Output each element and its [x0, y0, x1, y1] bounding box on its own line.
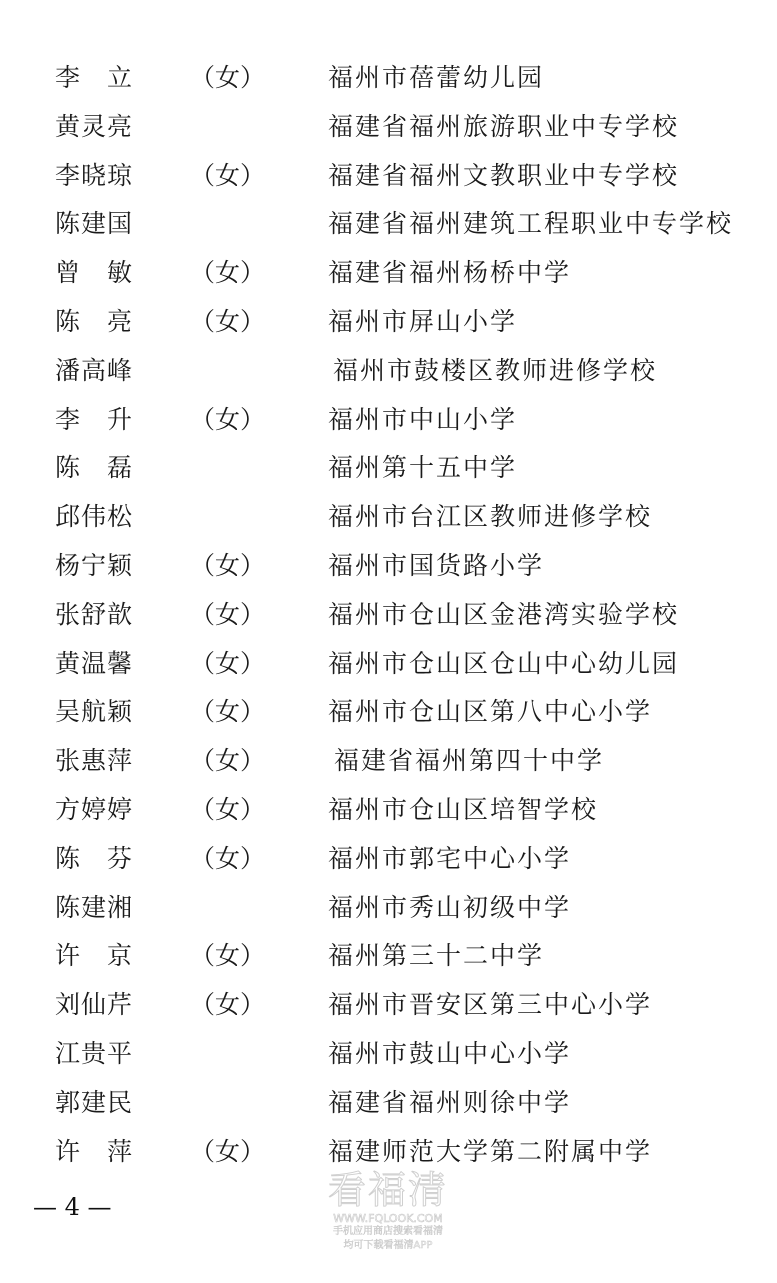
person-name: 许 京 — [55, 936, 133, 972]
list-item: 许 萍（女）福建师范大学第二附属中学 — [0, 1126, 777, 1175]
person-name: 李 升 — [55, 400, 133, 436]
person-name: 许 萍 — [55, 1132, 133, 1168]
school-name: 福建省福州则徐中学 — [328, 1083, 571, 1119]
list-item: 黄灵亮福建省福州旅游职业中专学校 — [0, 101, 777, 150]
person-name: 李 立 — [55, 58, 133, 94]
school-name: 福建省福州第四十中学 — [334, 741, 604, 777]
school-name: 福州市仓山区金港湾实验学校 — [328, 595, 679, 631]
person-name: 陈建国 — [55, 204, 133, 240]
gender-note: （女） — [190, 302, 265, 338]
person-name: 黄灵亮 — [55, 107, 133, 143]
gender-note: （女） — [190, 400, 265, 436]
list-item: 曾 敏（女）福建省福州杨桥中学 — [0, 247, 777, 296]
gender-note: （女） — [190, 741, 265, 777]
gender-note: （女） — [190, 936, 265, 972]
list-item: 陈建湘福州市秀山初级中学 — [0, 882, 777, 931]
gender-note: （女） — [190, 546, 265, 582]
person-name: 陈 芬 — [55, 839, 133, 875]
person-name: 杨宁颖 — [55, 546, 133, 582]
person-name: 陈 亮 — [55, 302, 133, 338]
list-item: 陈建国福建省福州建筑工程职业中专学校 — [0, 198, 777, 247]
list-item: 李 立（女）福州市蓓蕾幼儿园 — [0, 52, 777, 101]
gender-note: （女） — [190, 790, 265, 826]
list-item: 刘仙芹（女）福州市晋安区第三中心小学 — [0, 979, 777, 1028]
gender-note: （女） — [190, 985, 265, 1021]
school-name: 福州市鼓楼区教师进修学校 — [333, 351, 657, 387]
school-name: 福州第十五中学 — [328, 448, 517, 484]
watermark: 看福清 WWW.FQLOOK.COM 手机应用商店搜索看福清 均可下载看福清AP… — [318, 1168, 458, 1253]
name-list: 李 立（女）福州市蓓蕾幼儿园 黄灵亮福建省福州旅游职业中专学校 李晓琼（女）福建… — [0, 52, 777, 1174]
person-name: 黄温馨 — [55, 644, 133, 680]
watermark-url: WWW.FQLOOK.COM — [318, 1212, 458, 1225]
list-item: 李晓琼（女）福建省福州文教职业中专学校 — [0, 150, 777, 199]
watermark-line-2: 均可下载看福清APP — [318, 1239, 458, 1253]
school-name: 福建省福州建筑工程职业中专学校 — [328, 204, 733, 240]
person-name: 潘高峰 — [55, 351, 133, 387]
school-name: 福州市晋安区第三中心小学 — [328, 985, 652, 1021]
gender-note: （女） — [190, 58, 265, 94]
list-item: 郭建民福建省福州则徐中学 — [0, 1077, 777, 1126]
person-name: 曾 敏 — [55, 253, 133, 289]
school-name: 福建省福州杨桥中学 — [328, 253, 571, 289]
gender-note: （女） — [190, 692, 265, 728]
list-item: 陈 亮（女）福州市屏山小学 — [0, 296, 777, 345]
school-name: 福州市台江区教师进修学校 — [328, 497, 652, 533]
person-name: 吴航颖 — [55, 692, 133, 728]
list-item: 陈 芬（女）福州市郭宅中心小学 — [0, 833, 777, 882]
page-number: — 4 — — [33, 1193, 112, 1221]
list-item: 黄温馨（女）福州市仓山区仓山中心幼儿园 — [0, 638, 777, 687]
gender-note: （女） — [190, 839, 265, 875]
school-name: 福州市鼓山中心小学 — [328, 1034, 571, 1070]
person-name: 郭建民 — [55, 1083, 133, 1119]
person-name: 陈 磊 — [55, 448, 133, 484]
list-item: 吴航颖（女）福州市仓山区第八中心小学 — [0, 686, 777, 735]
list-item: 潘高峰福州市鼓楼区教师进修学校 — [0, 345, 777, 394]
list-item: 陈 磊福州第十五中学 — [0, 442, 777, 491]
school-name: 福建省福州旅游职业中专学校 — [328, 107, 679, 143]
school-name: 福州市蓓蕾幼儿园 — [328, 58, 544, 94]
list-item: 张舒歆（女）福州市仓山区金港湾实验学校 — [0, 589, 777, 638]
person-name: 江贵平 — [55, 1034, 133, 1070]
school-name: 福州市仓山区仓山中心幼儿园 — [328, 644, 679, 680]
person-name: 邱伟松 — [55, 497, 133, 533]
gender-note: （女） — [190, 156, 265, 192]
school-name: 福建省福州文教职业中专学校 — [328, 156, 679, 192]
school-name: 福州市国货路小学 — [328, 546, 544, 582]
school-name: 福州市秀山初级中学 — [328, 888, 571, 924]
school-name: 福州市仓山区第八中心小学 — [328, 692, 652, 728]
gender-note: （女） — [190, 644, 265, 680]
person-name: 方婷婷 — [55, 790, 133, 826]
list-item: 许 京（女）福州第三十二中学 — [0, 930, 777, 979]
school-name: 福州市中山小学 — [328, 400, 517, 436]
person-name: 张惠萍 — [55, 741, 133, 777]
list-item: 方婷婷（女）福州市仓山区培智学校 — [0, 784, 777, 833]
list-item: 张惠萍（女）福建省福州第四十中学 — [0, 735, 777, 784]
list-item: 邱伟松福州市台江区教师进修学校 — [0, 491, 777, 540]
person-name: 刘仙芹 — [55, 985, 133, 1021]
watermark-logo: 看福清 — [318, 1168, 458, 1212]
gender-note: （女） — [190, 1132, 265, 1168]
watermark-line-1: 手机应用商店搜索看福清 — [318, 1225, 458, 1239]
school-name: 福州市仓山区培智学校 — [328, 790, 598, 826]
person-name: 张舒歆 — [55, 595, 133, 631]
list-item: 杨宁颖（女）福州市国货路小学 — [0, 540, 777, 589]
school-name: 福州第三十二中学 — [328, 936, 544, 972]
school-name: 福州市屏山小学 — [328, 302, 517, 338]
school-name: 福建师范大学第二附属中学 — [328, 1132, 652, 1168]
list-item: 江贵平福州市鼓山中心小学 — [0, 1028, 777, 1077]
person-name: 陈建湘 — [55, 888, 133, 924]
school-name: 福州市郭宅中心小学 — [328, 839, 571, 875]
gender-note: （女） — [190, 595, 265, 631]
gender-note: （女） — [190, 253, 265, 289]
person-name: 李晓琼 — [55, 156, 133, 192]
list-item: 李 升（女）福州市中山小学 — [0, 394, 777, 443]
